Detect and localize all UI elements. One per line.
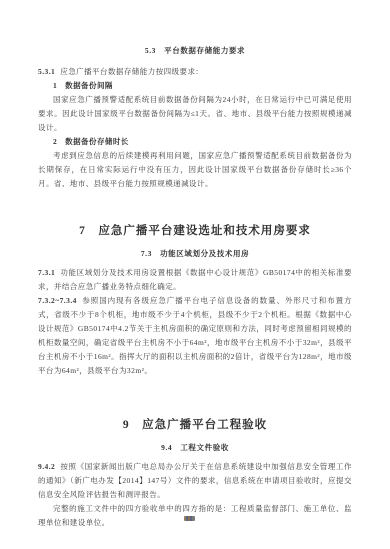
clause-7-3-1: 7.3.1功能区域划分及技术用房设置根据《数据中心设计规范》GB50174中的相… (38, 266, 352, 294)
clause-7-3-2-to-7-3-4: 7.3.2~7.3.4参照国内现有各级应急广播平台电子信息设备的数量、外形尺寸和… (38, 294, 352, 378)
paragraph-backup-interval: 国家应急广播预警适配系统目前数据备份间隔为24小时，在日常运行中已可满足使用要求… (38, 93, 352, 135)
clause-number-7-3-2: 7.3.2~7.3.4 (38, 296, 77, 305)
paragraph-four-party-acceptance: 完整的施工文件中的四方验收单中的四方指的是：工程质量监督部门、施工单位、监理单位… (38, 502, 352, 530)
page-number-mark (184, 516, 195, 521)
paragraph-backup-duration: 考虑到应急信息的后续建模再利用问题，国家应急广播预警适配系统目前数据备份为长期保… (38, 149, 352, 191)
clause-number-9-4-2: 9.4.2 (38, 462, 55, 471)
clause-9-4-2: 9.4.2按照《国家新闻出版广电总局办公厅关于在信息系统建设中加强信息安全管理工… (38, 460, 352, 502)
list-item-2-label: 2 数据备份存储时长 (38, 135, 352, 149)
clause-text-9-4-2: 按照《国家新闻出版广电总局办公厅关于在信息系统建设中加强信息安全管理工作的通知》… (38, 462, 352, 499)
heading-chapter-9: 9 应急广播平台工程验收 (38, 418, 352, 432)
heading-chapter-7: 7 应急广播平台建设选址和技术用房要求 (38, 224, 352, 238)
heading-9-4: 9.4 工程文件验收 (38, 443, 352, 453)
clause-text-7-3-2: 参照国内现有各级应急广播平台电子信息设备的数量、外形尺寸和布置方式，省级不少于8… (38, 296, 352, 375)
clause-number-5-3-1: 5.3.1 (38, 67, 55, 76)
heading-7-3: 7.3 功能区域划分及技术用房 (38, 249, 352, 259)
clause-text-7-3-1: 功能区域划分及技术用房设置根据《数据中心设计规范》GB50174中的相关标准要求… (38, 268, 352, 291)
clause-number-7-3-1: 7.3.1 (38, 268, 55, 277)
list-item-1-label: 1 数据备份间隔 (38, 79, 352, 93)
clause-5-3-1: 5.3.1应急广播平台数据存储能力按四级要求： (38, 65, 352, 79)
clause-text-5-3-1: 应急广播平台数据存储能力按四级要求： (60, 67, 203, 76)
document-page: 5.3 平台数据存储能力要求 5.3.1应急广播平台数据存储能力按四级要求： 1… (0, 0, 390, 549)
heading-5-3: 5.3 平台数据存储能力要求 (38, 46, 352, 56)
